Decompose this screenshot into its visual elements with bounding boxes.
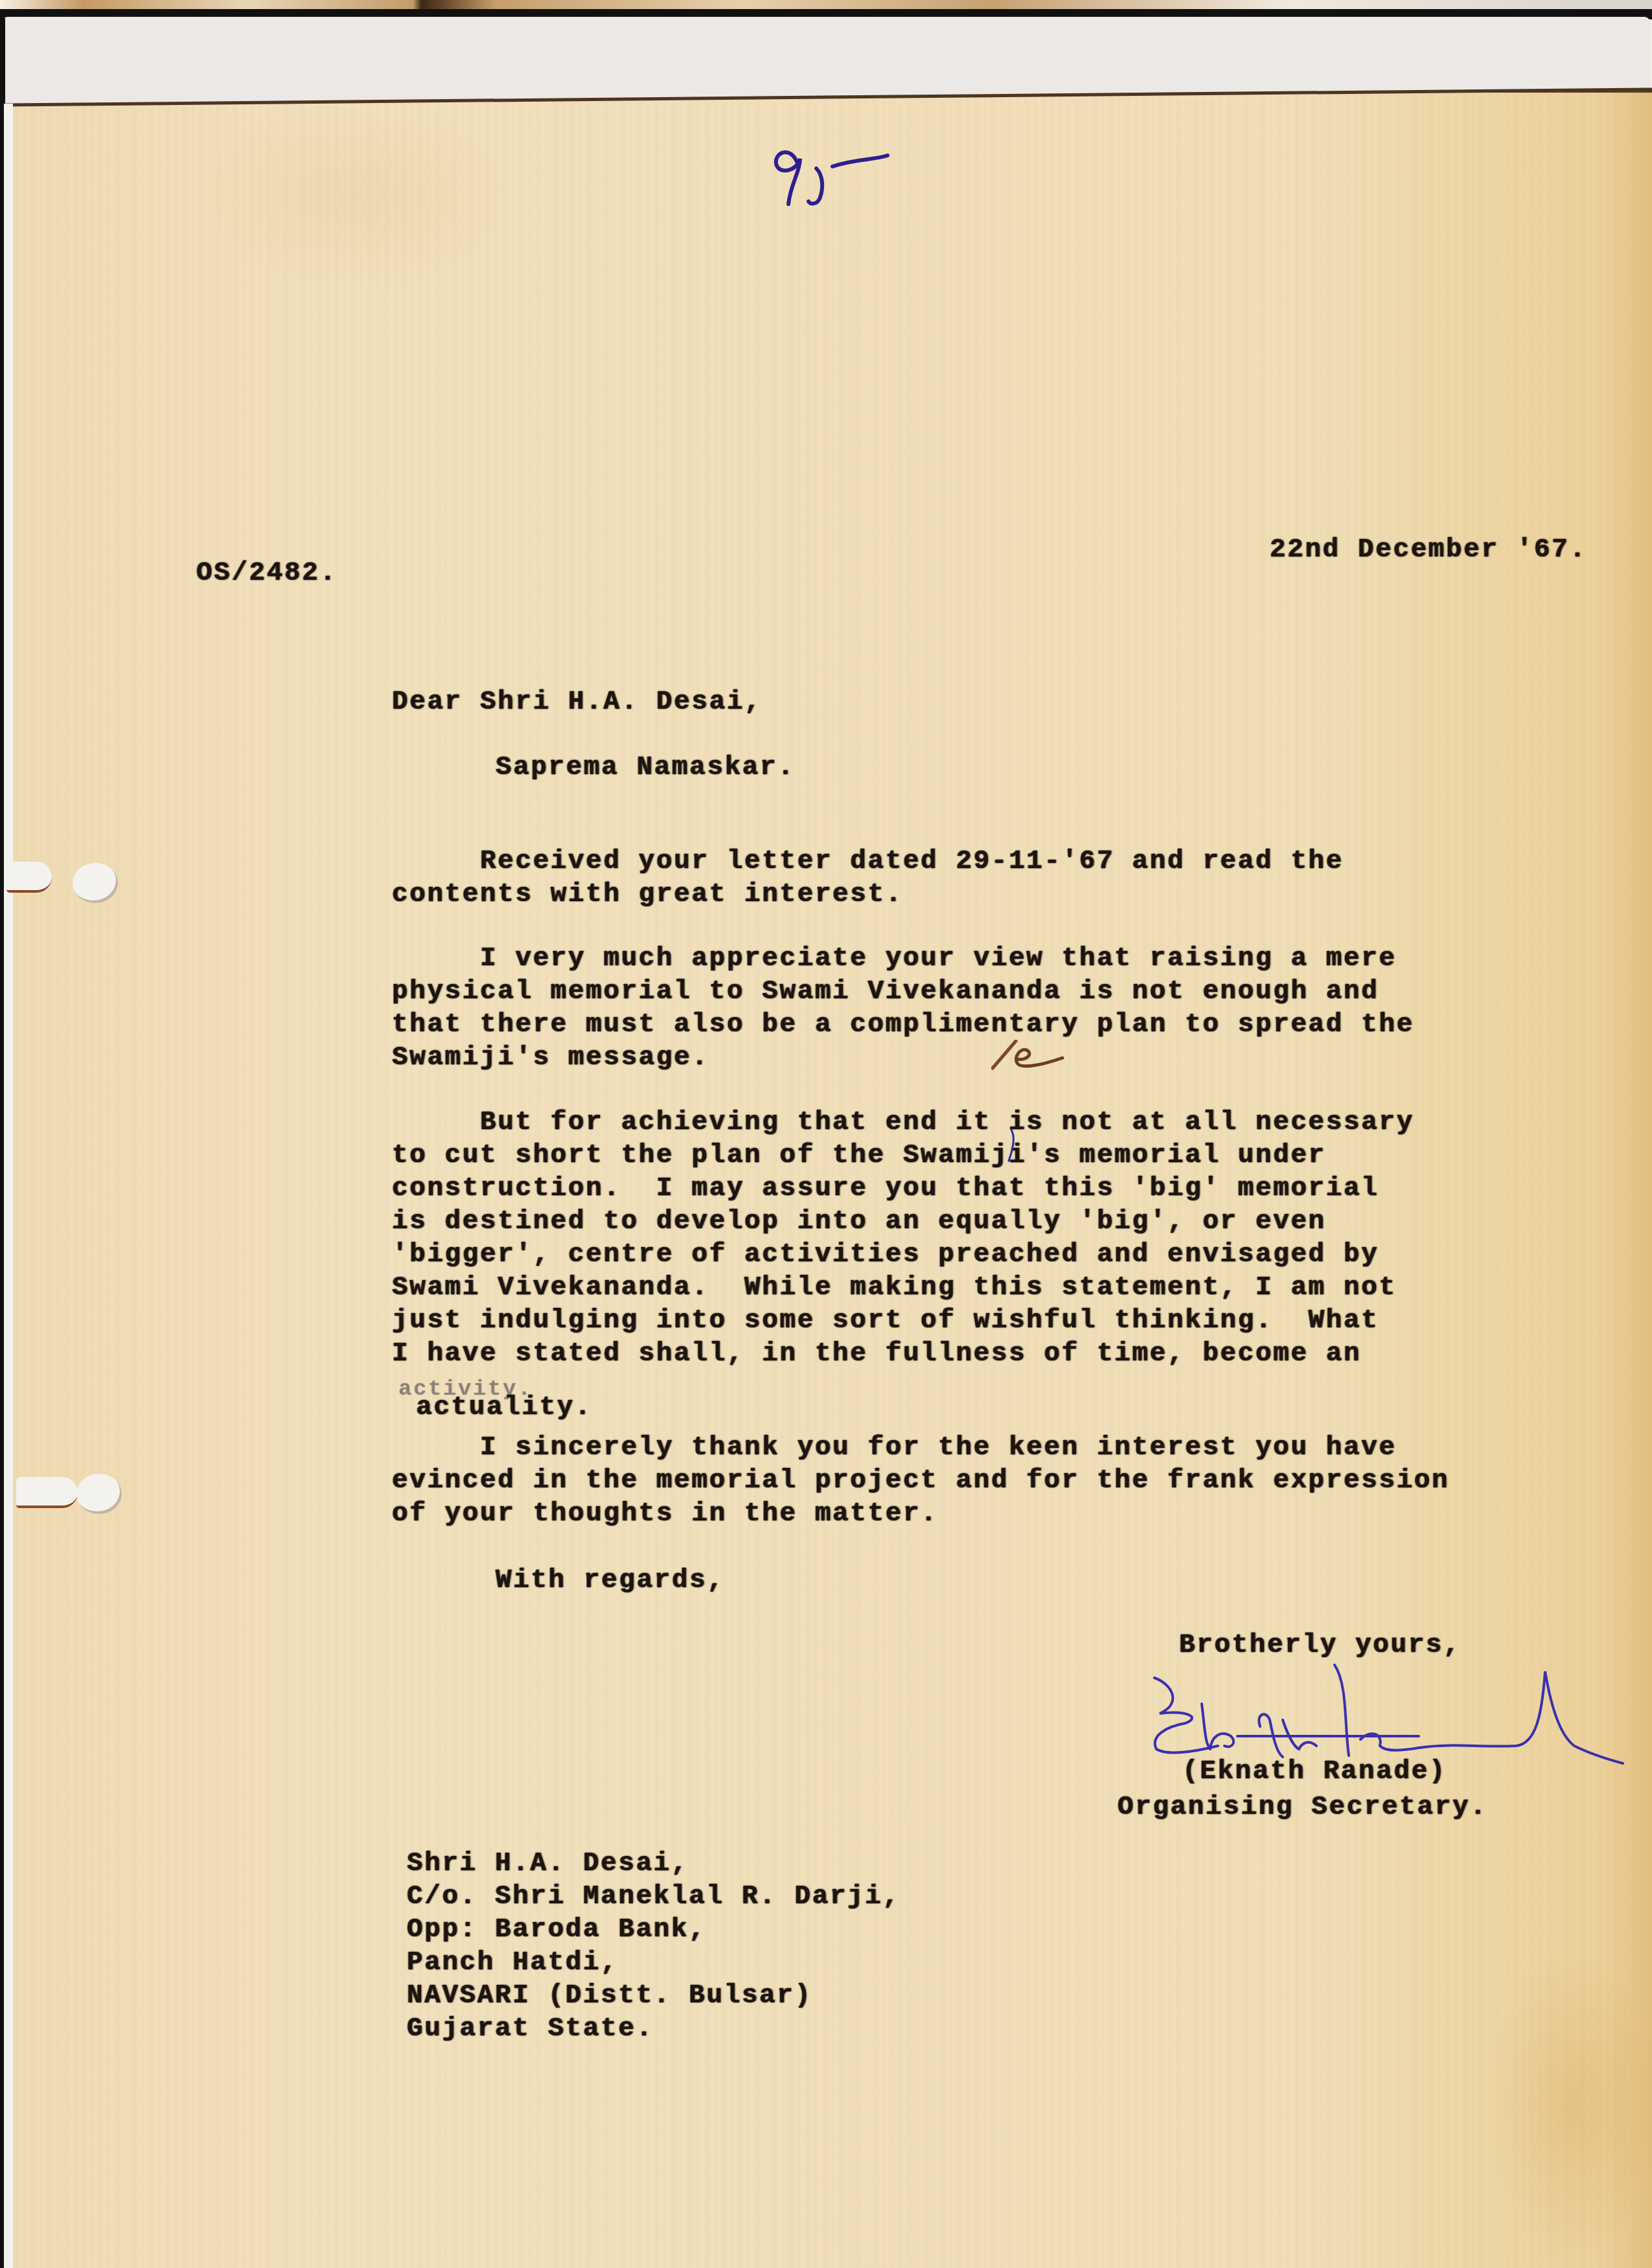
greeting: Saprema Namaskar. bbox=[496, 751, 795, 785]
signature-scribble-icon bbox=[1147, 1658, 1626, 1769]
address-line-2: C/o. Shri Maneklal R. Darji, bbox=[407, 1881, 901, 1914]
handwritten-correction-icon bbox=[991, 1040, 1069, 1079]
signatory-title: Organising Secretary. bbox=[1118, 1791, 1487, 1824]
paragraph-2-line-2: physical memorial to Swami Vivekananda i… bbox=[392, 976, 1379, 1009]
paragraph-3-line-8: I have stated shall, in the fullness of … bbox=[392, 1338, 1361, 1371]
correction-mark bbox=[991, 1040, 1069, 1082]
salutation: Dear Shri H.A. Desai, bbox=[392, 686, 762, 719]
paragraph-1-line-2: contents with great interest. bbox=[392, 878, 903, 911]
comma-insertion bbox=[1006, 1127, 1019, 1169]
letter-date: 22nd December '67. bbox=[1270, 534, 1587, 567]
paragraph-3-line-7: just indulging into some sort of wishful… bbox=[392, 1305, 1379, 1338]
handwritten-page-number bbox=[771, 139, 901, 214]
handwritten-comma-icon bbox=[1006, 1127, 1019, 1166]
closing-regards: With regards, bbox=[496, 1564, 725, 1598]
paragraph-3-line-3: construction. I may assure you that this… bbox=[392, 1173, 1379, 1206]
paragraph-3-line-5: 'bigger', centre of activities preached … bbox=[392, 1239, 1379, 1272]
signature bbox=[1147, 1658, 1626, 1772]
handwritten-95-icon bbox=[771, 139, 901, 211]
punch-hole-tear-upper bbox=[6, 862, 52, 893]
paragraph-3-last-line: actuality. bbox=[398, 1392, 592, 1425]
paragraph-3-line-1: But for achieving that end it is not at … bbox=[392, 1106, 1414, 1140]
address-line-3: Opp: Baroda Bank, bbox=[407, 1914, 706, 1947]
reference-number: OS/2482. bbox=[196, 557, 338, 590]
paragraph-3-line-6: Swami Vivekananda. While making this sta… bbox=[392, 1272, 1397, 1305]
paragraph-4-line-1: I sincerely thank you for the keen inter… bbox=[392, 1432, 1397, 1465]
paragraph-2-line-1: I very much appreciate your view that ra… bbox=[392, 943, 1397, 976]
paragraph-4-line-3: of your thoughts in the matter. bbox=[392, 1498, 938, 1531]
paragraph-2-line-3: that there must also be a complimentary … bbox=[392, 1009, 1414, 1042]
address-line-4: Panch Hatdi, bbox=[407, 1947, 618, 1980]
paragraph-2-line-4: Swamiji's message. bbox=[392, 1042, 709, 1075]
valediction: Brotherly yours, bbox=[1179, 1629, 1461, 1662]
paper-left-margin bbox=[4, 104, 13, 2268]
punch-hole-upper bbox=[73, 863, 118, 903]
address-line-6: Gujarat State. bbox=[407, 2013, 654, 2046]
paragraph-4-line-2: evinced in the memorial project and for … bbox=[392, 1465, 1449, 1498]
paragraph-3-line-2: to cut short the plan of the Swamiji's m… bbox=[392, 1140, 1326, 1173]
address-line-1: Shri H.A. Desai, bbox=[407, 1848, 689, 1881]
punch-hole-lower bbox=[76, 1474, 122, 1514]
paragraph-1-line-1: Received your letter dated 29-11-'67 and… bbox=[392, 845, 1344, 878]
address-line-5: NAVSARI (Distt. Bulsar) bbox=[407, 1980, 812, 2013]
signatory-name: (Eknath Ranade) bbox=[1182, 1756, 1447, 1789]
punch-hole-tear-lower bbox=[16, 1477, 78, 1508]
paragraph-3-line-4: is destined to develop into an equally '… bbox=[392, 1206, 1326, 1239]
